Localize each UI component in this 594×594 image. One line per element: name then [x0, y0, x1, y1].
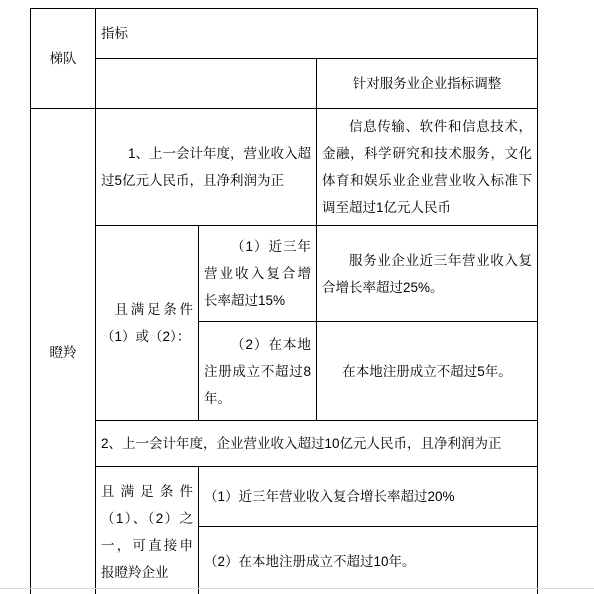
header-blank-cell — [96, 59, 317, 109]
tier-name-cell: 瞪羚 — [31, 109, 96, 594]
group1-label-cell: 且满足条件（1）或（2）： — [96, 226, 199, 421]
criteria-table: 梯队 指标 针对服务业企业指标调整 瞪羚 1、上一会计年度，营业收入超过5亿元人… — [30, 8, 538, 594]
header-indicator-cell: 指标 — [96, 9, 538, 59]
criteria2-cell: 2、上一会计年度，企业营业收入超过10亿元人民币，且净利润为正 — [96, 421, 538, 467]
group1-cond2-service-cell: 在本地注册成立不超过5年。 — [317, 322, 538, 421]
header-service-adjust-cell: 针对服务业企业指标调整 — [317, 59, 538, 109]
group1-cond1-cell: （1）近三年营业收入复合增长率超过15% — [199, 226, 317, 322]
page-bottom-edge-line — [0, 588, 594, 589]
group1-cond2-cell: （2）在本地注册成立不超过8年。 — [199, 322, 317, 421]
group2-label-cell: 且满足条件（1）、（2）之一，可直接申报瞪羚企业 — [96, 467, 199, 594]
group1-cond1-service-cell: 服务业企业近三年营业收入复合增长率超过25%。 — [317, 226, 538, 322]
criteria1-service-cell: 信息传输、软件和信息技术，金融，科学研究和技术服务，文化体育和娱乐业企业营业收入… — [317, 109, 538, 226]
group2-cond1-cell: （1）近三年营业收入复合增长率超过20% — [199, 467, 538, 527]
criteria1-cell: 1、上一会计年度，营业收入超过5亿元人民币，且净利润为正 — [96, 109, 317, 226]
group2-cond2-cell: （2）在本地注册成立不超过10年。 — [199, 527, 538, 594]
document-page: 梯队 指标 针对服务业企业指标调整 瞪羚 1、上一会计年度，营业收入超过5亿元人… — [0, 0, 594, 594]
header-tier-cell: 梯队 — [31, 9, 96, 109]
